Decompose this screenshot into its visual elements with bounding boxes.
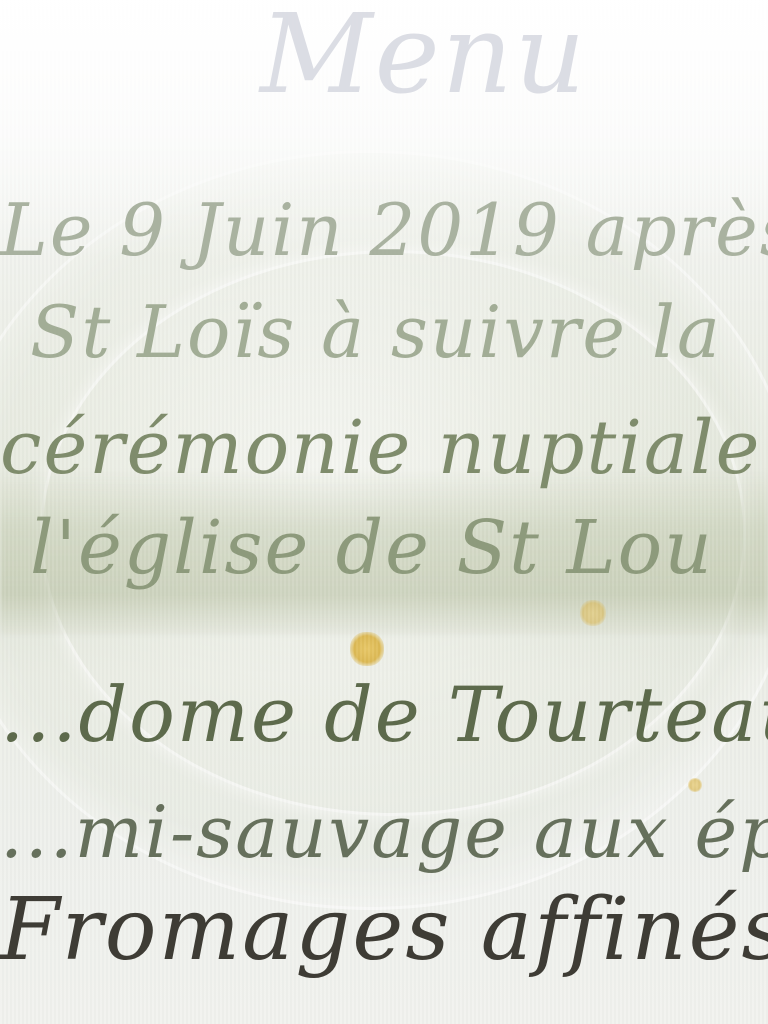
calligraphy-line: cérémonie nuptiale en: [0, 405, 768, 491]
calligraphy-line: l'église de St Lou: [30, 505, 714, 591]
calligraphy-line: St Loïs à suivre la: [30, 290, 722, 374]
calligraphy-line: ...dome de Tourteau au ba: [0, 670, 768, 759]
calligraphy-line: ...mi-sauvage aux épic: [0, 790, 768, 874]
calligraphy-line: Le 9 Juin 2019 après la: [0, 188, 768, 272]
photo: Menu Le 9 Juin 2019 après la St Loïs à s…: [0, 0, 768, 1024]
calligraphy-line: Fromages affinés: [0, 880, 768, 980]
calligraphy-title: Menu: [260, 0, 587, 118]
